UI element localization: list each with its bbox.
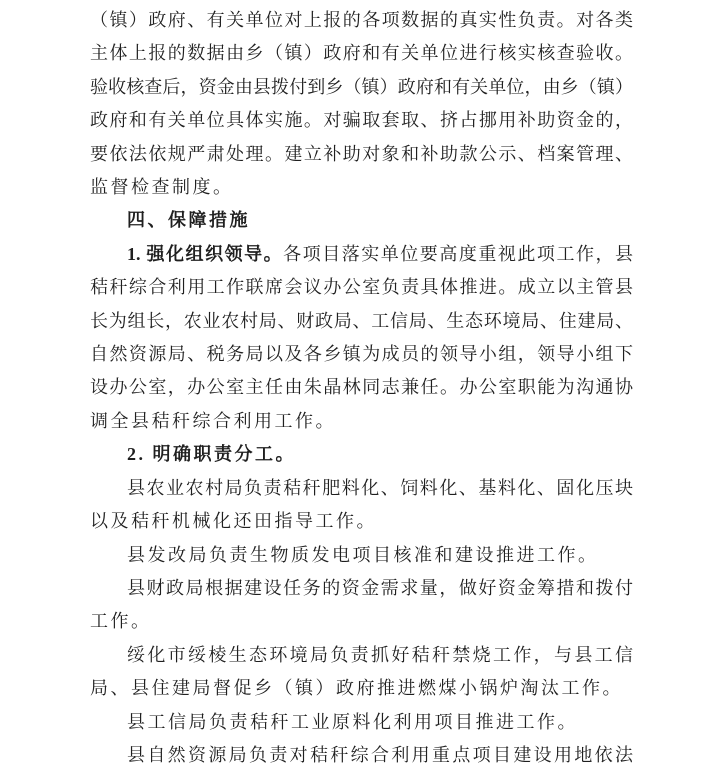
text-line: 工作。 (90, 605, 633, 638)
text-line: 四、保障措施 (90, 204, 633, 237)
document-page: （镇）政府、有关单位对上报的各项数据的真实性负责。对各类主体上报的数据由乡（镇）… (0, 0, 710, 778)
body-text-run: 监督检查制度。 (90, 177, 234, 197)
heading-text-run: 1. 强化组织领导。 (127, 244, 283, 264)
text-line: 县工信局负责秸秆工业原料化利用项目推进工作。 (90, 706, 633, 739)
text-line: 验收核查后，资金由县拨付到乡（镇）政府和有关单位，由乡（镇） (90, 71, 633, 104)
body-text-run: 绥化市绥棱生态环境局负责抓好秸秆禁烧工作，与县工信 (127, 645, 633, 665)
body-text-run: 长为组长，农业农村局、财政局、工信局、生态环境局、住建局、 (90, 311, 633, 331)
text-line: 监督检查制度。 (90, 171, 633, 204)
text-line: 绥化市绥棱生态环境局负责抓好秸秆禁烧工作，与县工信 (90, 639, 633, 672)
text-line: 县财政局根据建设任务的资金需求量，做好资金筹措和拨付 (90, 572, 633, 605)
text-line: 要依法依规严肃处理。建立补助对象和补助款公示、档案管理、 (90, 138, 633, 171)
body-text-run: 设办公室，办公室主任由朱晶林同志兼任。办公室职能为沟通协 (90, 377, 633, 397)
text-line: 2. 明确职责分工。 (90, 438, 633, 471)
body-text-run: 秸秆综合利用工作联席会议办公室负责具体推进。成立以主管县 (90, 277, 633, 297)
text-line: 政府和有关单位具体实施。对骗取套取、挤占挪用补助资金的， (90, 104, 633, 137)
text-line: 县农业农村局负责秸秆肥料化、饲料化、基料化、固化压块 (90, 472, 633, 505)
body-text-run: 以及秸秆机械化还田指导工作。 (90, 511, 377, 531)
heading-text-run: 2. 明确职责分工。 (127, 444, 296, 464)
text-line: 主体上报的数据由乡（镇）政府和有关单位进行核实核查验收。 (90, 37, 633, 70)
text-line: 调全县秸秆综合利用工作。 (90, 405, 633, 438)
text-line: 长为组长，农业农村局、财政局、工信局、生态环境局、住建局、 (90, 305, 633, 338)
body-text-run: 县财政局根据建设任务的资金需求量，做好资金筹措和拨付 (127, 578, 633, 598)
text-line: 秸秆综合利用工作联席会议办公室负责具体推进。成立以主管县 (90, 271, 633, 304)
text-line: 以及秸秆机械化还田指导工作。 (90, 505, 633, 538)
body-text-run: 调全县秸秆综合利用工作。 (90, 411, 336, 431)
body-text-run: 要依法依规严肃处理。建立补助对象和补助款公示、档案管理、 (90, 144, 633, 164)
document-text-block: （镇）政府、有关单位对上报的各项数据的真实性负责。对各类主体上报的数据由乡（镇）… (90, 4, 633, 772)
body-text-run: 自然资源局、税务局以及各乡镇为成员的领导小组，领导小组下 (90, 344, 633, 364)
body-text-run: 局、县住建局督促乡（镇）政府推进燃煤小锅炉淘汰工作。 (90, 678, 623, 698)
text-line: 局、县住建局督促乡（镇）政府推进燃煤小锅炉淘汰工作。 (90, 672, 633, 705)
body-text-run: 县工信局负责秸秆工业原料化利用项目推进工作。 (127, 712, 578, 732)
text-line: 自然资源局、税务局以及各乡镇为成员的领导小组，领导小组下 (90, 338, 633, 371)
body-text-run: 主体上报的数据由乡（镇）政府和有关单位进行核实核查验收。 (90, 43, 633, 63)
body-text-run: （镇）政府、有关单位对上报的各项数据的真实性负责。对各类 (90, 10, 633, 30)
body-text-run: 工作。 (90, 611, 152, 631)
body-text-run: 县自然资源局负责对秸秆综合利用重点项目建设用地依法 (127, 745, 633, 765)
text-line: 设办公室，办公室主任由朱晶林同志兼任。办公室职能为沟通协 (90, 371, 633, 404)
body-text-run: 县发改局负责生物质发电项目核准和建设推进工作。 (127, 545, 599, 565)
heading-text-run: 四、保障措施 (127, 210, 250, 230)
text-line: （镇）政府、有关单位对上报的各项数据的真实性负责。对各类 (90, 4, 633, 37)
body-text-run: 验收核查后，资金由县拨付到乡（镇）政府和有关单位，由乡（镇） (90, 77, 633, 97)
body-text-run: 政府和有关单位具体实施。对骗取套取、挤占挪用补助资金的， (90, 110, 633, 130)
text-line: 县自然资源局负责对秸秆综合利用重点项目建设用地依法 (90, 739, 633, 772)
body-text-run: 各项目落实单位要高度重视此项工作，县 (283, 244, 633, 264)
body-text-run: 县农业农村局负责秸秆肥料化、饲料化、基料化、固化压块 (127, 478, 633, 498)
text-line: 1. 强化组织领导。各项目落实单位要高度重视此项工作，县 (90, 238, 633, 271)
text-line: 县发改局负责生物质发电项目核准和建设推进工作。 (90, 539, 633, 572)
